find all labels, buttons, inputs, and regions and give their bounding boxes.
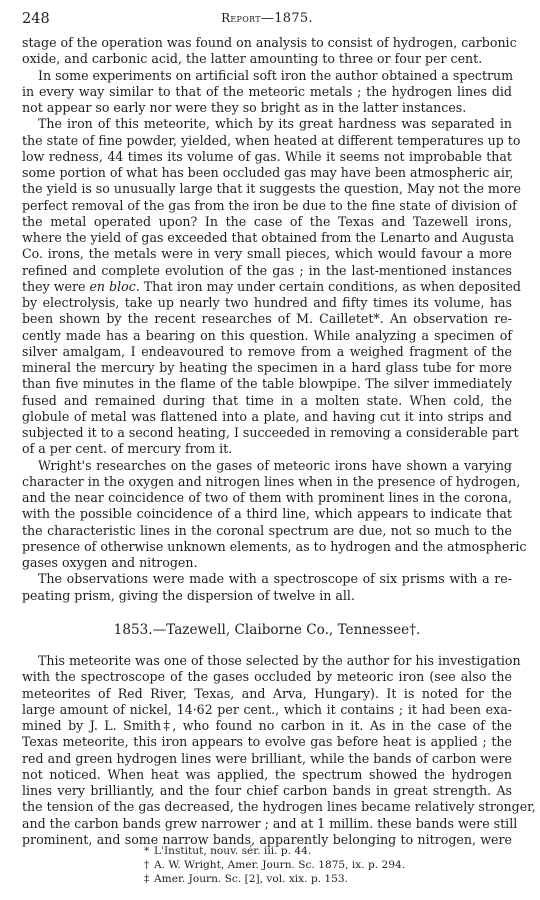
text-line: gases oxygen and nitrogen. xyxy=(22,555,512,571)
text-line: and the carbon bands grew narrower ; and… xyxy=(22,816,512,832)
footnotes: *L'Institut, nouv. sér. iii. p. 44. †A. … xyxy=(144,844,405,886)
text-line: oxide, and carbonic acid, the latter amo… xyxy=(22,51,512,67)
running-head: 248 Report—1875. xyxy=(22,11,512,29)
text-line: the yield is so unusually large that it … xyxy=(22,181,512,197)
body-text: stage of the operation was found on anal… xyxy=(22,35,512,604)
text-line: the state of fine powder, yielded, when … xyxy=(22,133,512,149)
footnote-text: A. W. Wright, Amer. Journ. Sc. 1875, ix.… xyxy=(154,859,405,871)
text-line: Wright's researches on the gases of mete… xyxy=(22,458,512,474)
text-line: of a per cent. of mercury from it. xyxy=(22,441,512,457)
text-line: with the spectroscope of the gases occlu… xyxy=(22,669,512,685)
text-line: perfect removal of the gas from the iron… xyxy=(22,198,512,214)
footnote-mark: † xyxy=(144,858,154,872)
footnote: ‡Amer. Journ. Sc. [2], vol. xix. p. 153. xyxy=(144,872,405,886)
text-line: Co. irons, the metals were in very small… xyxy=(22,246,512,262)
text-line: mineral the mercury by heating the speci… xyxy=(22,360,512,376)
running-title: Report—1875. xyxy=(22,11,512,26)
text-line: low redness, 44 times its volume of gas.… xyxy=(22,149,512,165)
text-line: large amount of nickel, 14·62 per cent.,… xyxy=(22,702,512,718)
footnote-mark: * xyxy=(144,844,154,858)
running-title-year: —1875. xyxy=(261,11,313,26)
footnote-mark: ‡ xyxy=(144,872,154,886)
text-line: than five minutes in the flame of the ta… xyxy=(22,376,512,392)
text-line: and the near coincidence of two of them … xyxy=(22,490,512,506)
text-line-rest: That iron may under certain conditions, … xyxy=(140,279,521,294)
text-line: fused and remained during that time in a… xyxy=(22,393,512,409)
italic-phrase: en bloc. xyxy=(89,279,139,294)
text-line: some portion of what has been occluded g… xyxy=(22,165,512,181)
text-line: meteorites of Red River, Texas, and Arva… xyxy=(22,686,512,702)
text-line: peating prism, giving the dispersion of … xyxy=(22,588,512,604)
text-line: mined by J. L. Smith‡, who found no carb… xyxy=(22,718,512,734)
text-line: by electrolysis, take up nearly two hund… xyxy=(22,295,512,311)
text-line: character in the oxygen and nitrogen lin… xyxy=(22,474,512,490)
text-line: subjected it to a second heating, I succ… xyxy=(22,425,512,441)
text-line: the metal operated upon? In the case of … xyxy=(22,214,512,230)
text-line-start: they were xyxy=(22,279,85,294)
text-line: stage of the operation was found on anal… xyxy=(22,35,512,51)
text-line: presence of otherwise unknown elements, … xyxy=(22,539,512,555)
text-line: they were en bloc. That iron may under c… xyxy=(22,279,512,295)
text-line: silver amalgam, I endeavoured to remove … xyxy=(22,344,512,360)
text-line: This meteorite was one of those selected… xyxy=(22,653,512,669)
text-line: not appear so early nor were they so bri… xyxy=(22,100,512,116)
text-line: In some experiments on artificial soft i… xyxy=(22,68,512,84)
text-line: in every way similar to that of the mete… xyxy=(22,84,512,100)
footnote-text: Amer. Journ. Sc. [2], vol. xix. p. 153. xyxy=(154,873,348,885)
footnote-text: L'Institut, nouv. sér. iii. p. 44. xyxy=(154,845,311,857)
running-title-report: Report xyxy=(221,11,261,25)
footnote: *L'Institut, nouv. sér. iii. p. 44. xyxy=(144,844,405,858)
text-line: The iron of this meteorite, which by its… xyxy=(22,116,512,132)
text-line: The observations were made with a spectr… xyxy=(22,571,512,587)
text-line: red and green hydrogen lines were brilli… xyxy=(22,751,512,767)
text-line: cently made has a bearing on this questi… xyxy=(22,328,512,344)
footnote: †A. W. Wright, Amer. Journ. Sc. 1875, ix… xyxy=(144,858,405,872)
section-heading: 1853.—Tazewell, Claiborne Co., Tennessee… xyxy=(22,622,512,638)
text-line: lines very brilliantly, and the four chi… xyxy=(22,783,512,799)
text-line: the tension of the gas decreased, the hy… xyxy=(22,799,512,815)
text-line: Texas meteorite, this iron appears to ev… xyxy=(22,734,512,750)
text-line: globule of metal was flattened into a pl… xyxy=(22,409,512,425)
section-body-text: This meteorite was one of those selected… xyxy=(22,653,512,848)
text-line: refined and complete evolution of the ga… xyxy=(22,263,512,279)
text-line: the characteristic lines in the coronal … xyxy=(22,523,512,539)
text-line: been shown by the recent researches of M… xyxy=(22,311,512,327)
text-line: where the yield of gas exceeded that obt… xyxy=(22,230,512,246)
text-line: not noticed. When heat was applied, the … xyxy=(22,767,512,783)
text-line: with the possible coincidence of a third… xyxy=(22,506,512,522)
